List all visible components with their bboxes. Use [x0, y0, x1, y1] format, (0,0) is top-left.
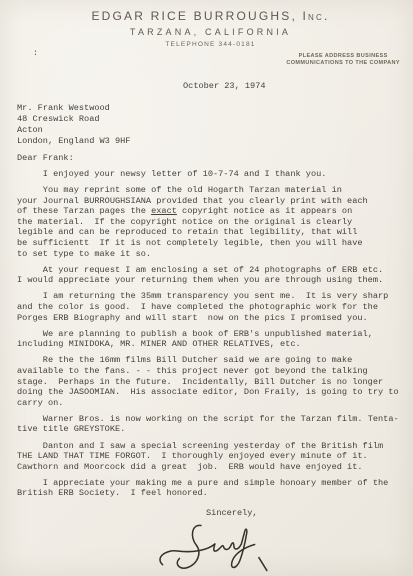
- letterhead-note-line2: COMMUNICATIONS TO THE COMPANY: [286, 60, 400, 67]
- letterhead-note-line1: PLEASE ADDRESS BUSINESS: [286, 53, 400, 60]
- company-name: EDGAR RICE BURROUGHS, Inc.: [4, 9, 413, 23]
- signature-handwriting-hully: [147, 514, 413, 576]
- paragraph-8: Danton and I saw a special screening yes…: [17, 441, 411, 473]
- paragraph-4: I am returning the 35mm transparency you…: [17, 291, 411, 323]
- letterhead: EDGAR RICE BURROUGHS, Inc. TARZANA, CALI…: [4, 0, 413, 48]
- paragraph-9: I appreciate your making me a pure and s…: [17, 478, 411, 499]
- paragraph-1: I enjoyed your newsy letter of 10-7-74 a…: [17, 169, 411, 180]
- ink-smudge-mark: :: [33, 49, 38, 58]
- paragraph-5: We are planning to publish a book of ERB…: [17, 329, 411, 350]
- paragraph-6: Re the the 16mm films Bill Dutcher said …: [17, 355, 411, 408]
- paragraph-7: Warner Bros. is now working on the scrip…: [17, 414, 411, 435]
- company-city: TARZANA, CALIFORNIA: [4, 27, 413, 37]
- signature-icon: [147, 518, 319, 576]
- recipient-address: Mr. Frank Westwood 48 Creswick Road Acto…: [17, 103, 413, 147]
- company-phone: TELEPHONE 344-0181: [4, 41, 413, 48]
- letter-date: October 23, 1974: [183, 81, 413, 91]
- salutation: Dear Frank:: [17, 153, 413, 163]
- paragraph-2: You may reprint some of the old Hogarth …: [17, 185, 411, 259]
- letterhead-note: PLEASE ADDRESS BUSINESS COMMUNICATIONS T…: [286, 53, 400, 67]
- letter-page: EDGAR RICE BURROUGHS, Inc. TARZANA, CALI…: [0, 0, 413, 576]
- letter-body: I enjoyed your newsy letter of 10-7-74 a…: [17, 169, 411, 499]
- paragraph-3: At your request I am enclosing a set of …: [17, 265, 411, 286]
